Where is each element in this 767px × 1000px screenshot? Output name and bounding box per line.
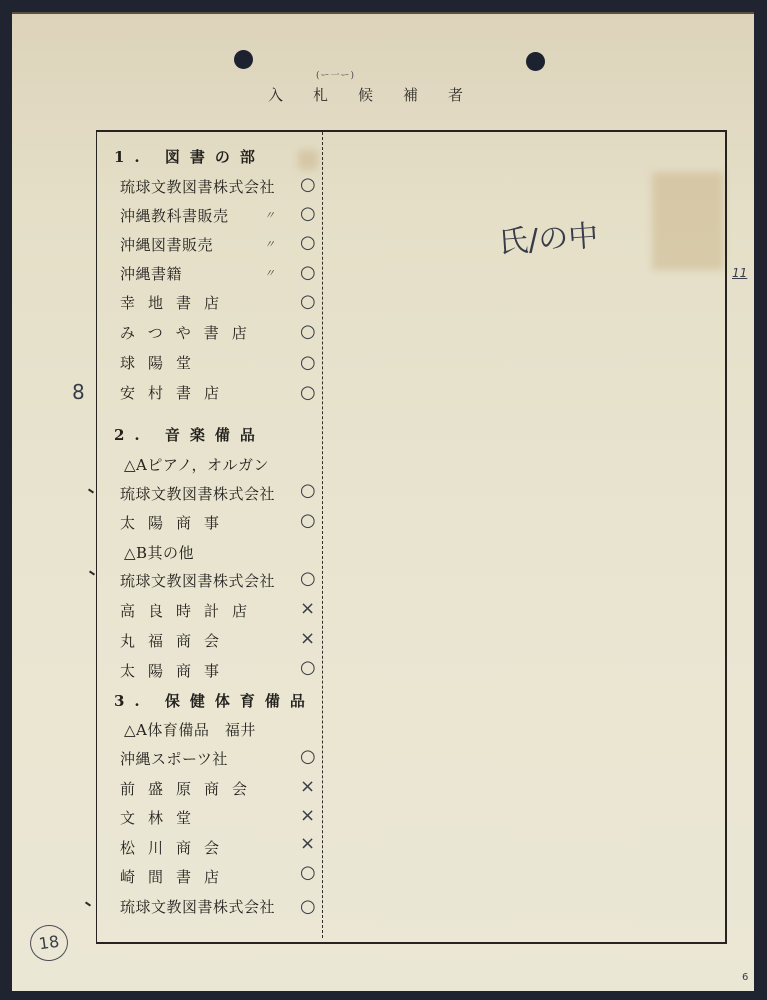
circle-mark: ○ [300,321,316,342]
corner-page-number: 6 [742,972,748,983]
document-title: 入札候補者 [268,84,493,105]
list-item: 松川商会 [120,837,320,863]
section-heading-health-pe: 3. 保健体育備品 [114,690,314,716]
punch-hole-right [526,52,545,71]
section-heading-music: 2. 音楽備品 [114,424,314,450]
circle-mark: ○ [300,510,316,531]
list-item: みつや書店 [120,322,320,348]
list-item: 沖縄図書販売 [120,234,320,260]
circle-mark: ○ [300,480,316,501]
list-item: 琉球文教図書株式会社 [120,176,320,202]
ditto-mark: 〃 [264,236,275,252]
cross-mark: × [300,628,315,649]
list-item: 沖縄教科書販売 [120,205,320,231]
handwritten-margin-number-right: 11 [732,266,747,280]
circle-mark: ○ [300,203,316,224]
cross-mark: × [300,805,315,826]
list-item: 太陽商事 [120,512,320,538]
list-item: 琉球文教図書株式会社 [120,483,320,509]
cross-mark: × [300,776,315,797]
list-item: 前盛原商会 [120,778,320,804]
list-item: 高良時計店 [120,600,320,626]
circle-mark: ○ [300,896,316,917]
circle-mark: ○ [300,262,316,283]
circle-mark: ○ [300,862,316,883]
subsection-label: △Aピアノ，オルガン [124,454,324,480]
list-item: 沖縄スポーツ社 [120,748,320,774]
circle-mark: ○ [300,382,316,403]
list-item: 琉球文教図書株式会社 [120,570,320,596]
section-heading-books: 1. 図書の部 [114,146,314,172]
ditto-mark: 〃 [264,265,275,281]
circle-mark: ○ [300,657,316,678]
cross-mark: × [300,833,315,854]
circle-mark: ○ [300,352,316,373]
ditto-mark: 〃 [264,207,275,223]
circle-mark: ○ [300,568,316,589]
circle-mark: ○ [300,291,316,312]
list-item: 球陽堂 [120,352,320,378]
subsection-label: △A体育備品 福井 [124,719,324,745]
handwritten-margin-number-left: 8 [72,380,85,404]
list-item: 幸地書店 [120,292,320,318]
handwritten-signature: 氏/の中 [497,211,600,262]
list-item: 文林堂 [120,807,320,833]
punch-hole-left [234,50,253,69]
list-item: 崎間書店 [120,866,320,892]
cross-mark: × [300,598,315,619]
circle-mark: ○ [300,174,316,195]
list-item: 丸福商会 [120,630,320,656]
circle-mark: ○ [300,746,316,767]
circle-mark: ○ [300,232,316,253]
list-item: 安村書店 [120,382,320,408]
list-item: 太陽商事 [120,660,320,686]
column-divider [322,132,323,938]
list-item: 琉球文教図書株式会社 [120,896,320,922]
subsection-label: △B其の他 [124,542,324,568]
list-item: 沖縄書籍 [120,263,320,289]
page-mark: (ー一ー) [316,68,355,81]
